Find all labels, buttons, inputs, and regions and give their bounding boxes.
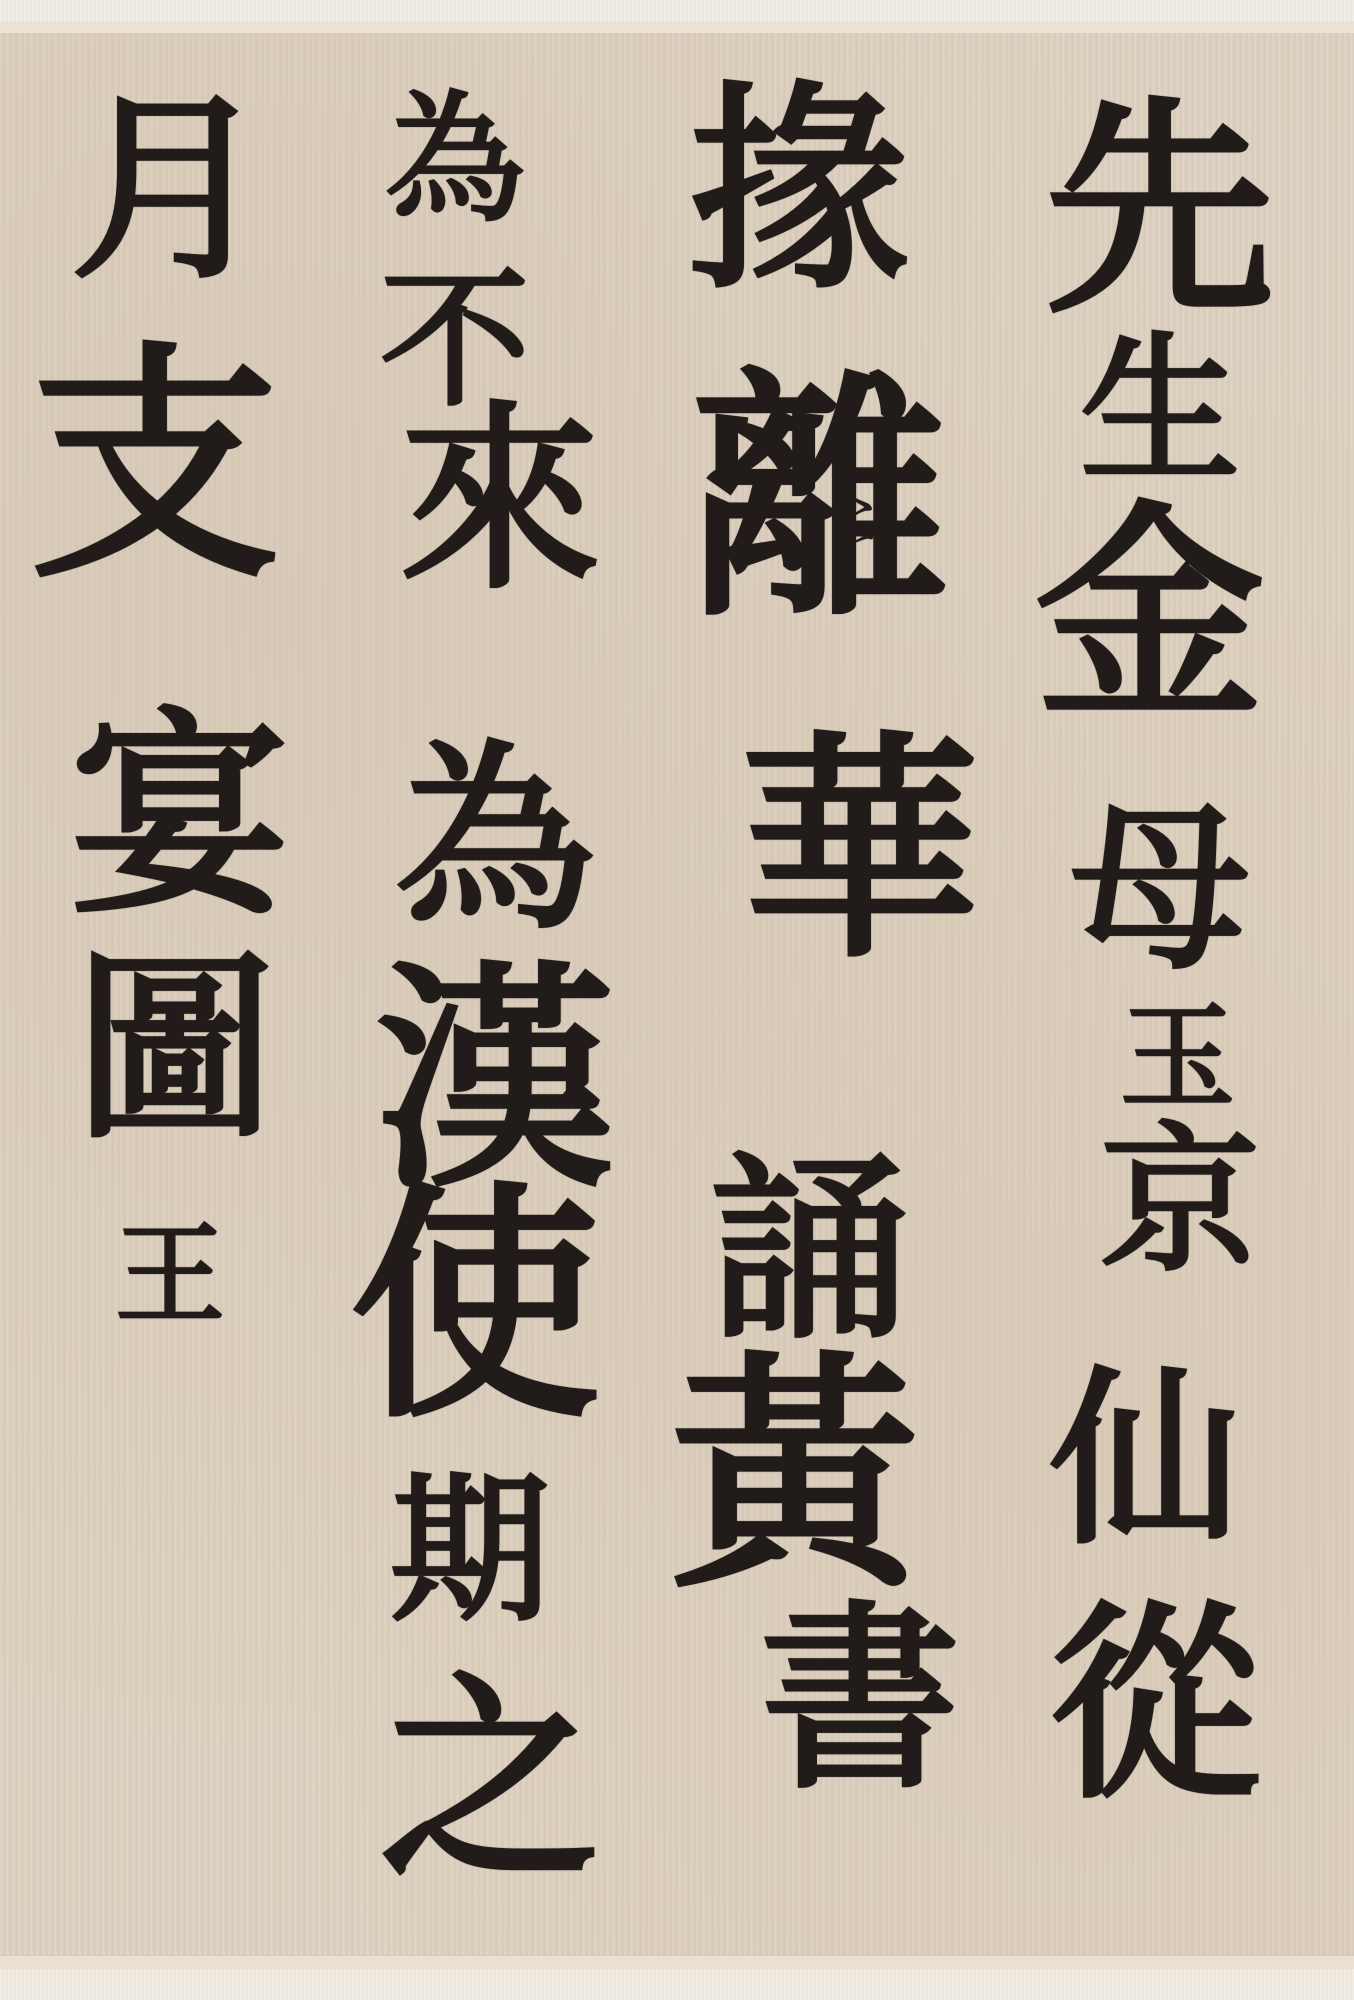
calligraphy-character: 誦 bbox=[710, 1150, 910, 1350]
calligraphy-character: 宴 bbox=[70, 705, 290, 925]
mount-border-bottom bbox=[0, 1955, 1354, 1970]
calligraphy-character: 王 bbox=[115, 1220, 225, 1330]
calligraphy-character: 離 bbox=[690, 370, 950, 630]
calligraphy-character: 仙 bbox=[1050, 1365, 1240, 1555]
calligraphy-character: 支 bbox=[30, 340, 280, 590]
calligraphy-character: 為 bbox=[385, 90, 525, 230]
calligraphy-character: 母 bbox=[1070, 800, 1250, 980]
calligraphy-character: 月 bbox=[70, 90, 270, 290]
calligraphy-character: 書 bbox=[760, 1600, 960, 1800]
calligraphy-character: 玉 bbox=[1120, 1000, 1235, 1115]
calligraphy-character: 從 bbox=[1050, 1600, 1260, 1810]
calligraphy-character: 華 bbox=[740, 730, 980, 970]
calligraphy-character: 期 bbox=[390, 1470, 550, 1630]
calligraphy-character: 金 bbox=[1035, 500, 1265, 730]
calligraphy-character: 生 bbox=[1080, 330, 1240, 490]
calligraphy-character: 來 bbox=[400, 400, 600, 600]
calligraphy-character: 黃 bbox=[670, 1350, 920, 1600]
calligraphy-character: 掾 bbox=[690, 80, 910, 300]
calligraphy-character: 〻 bbox=[830, 490, 890, 550]
silk-mount-top bbox=[0, 0, 1354, 21]
calligraphy-character: 圖 bbox=[75, 950, 275, 1150]
silk-mount-bottom bbox=[0, 1969, 1354, 2000]
calligraphy-character: 為 bbox=[395, 740, 595, 940]
calligraphy-character: 先 bbox=[1045, 95, 1275, 325]
calligraphy-character: 之 bbox=[380, 1670, 600, 1890]
calligraphy-character: 京 bbox=[1100, 1120, 1260, 1280]
calligraphy-character: 使 bbox=[350, 1180, 600, 1430]
